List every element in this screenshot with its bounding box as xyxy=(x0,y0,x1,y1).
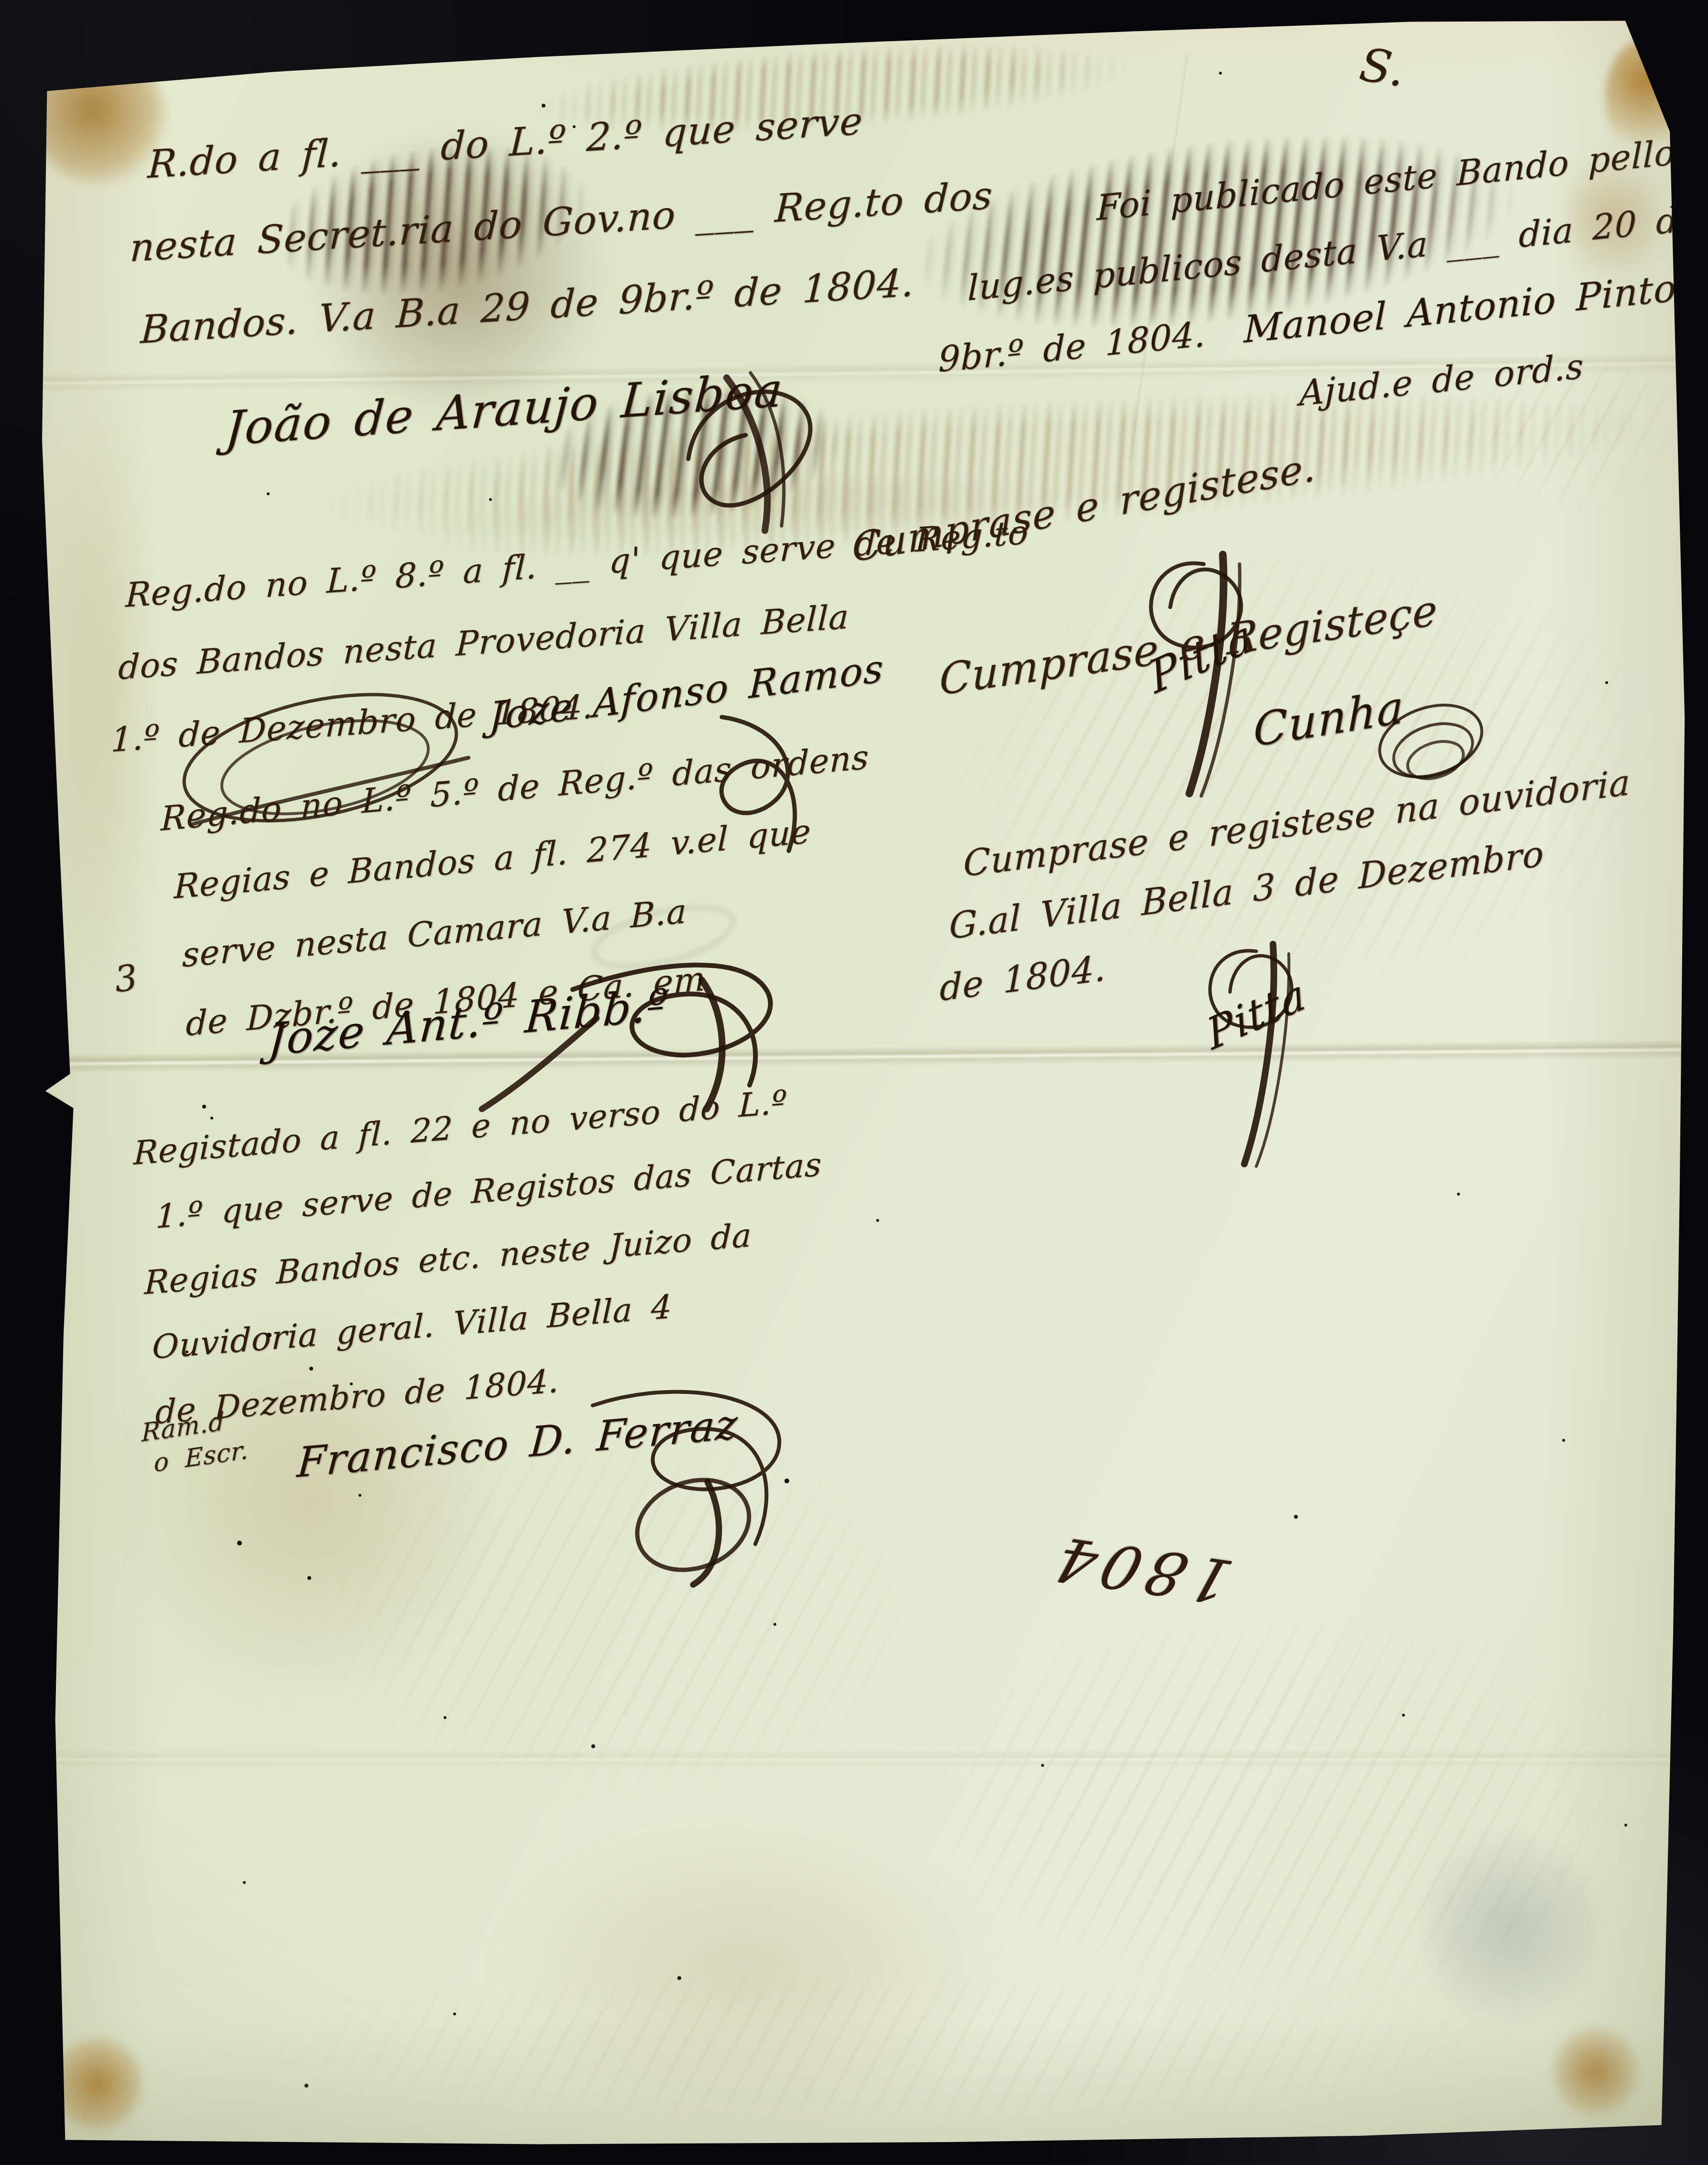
stain-bottom-center xyxy=(496,1821,998,2118)
photograph-of-manuscript: { "palette": { "background": "#08080b", … xyxy=(0,0,1708,2165)
stain-bottom-left xyxy=(52,2036,142,2132)
signature-joao-de-araujo-lisboa: João de Araujo Lisboa xyxy=(223,363,785,457)
signature-cunha: Cunha xyxy=(1253,681,1404,757)
note-registration-provedoria: Reg.do no L.º 8.º a fl. __ q' que serve … xyxy=(119,496,1030,775)
note-publication: Foi publicado este Bando pellos lug.es p… xyxy=(937,116,1700,462)
showthrough-bottom-edge xyxy=(185,1950,1572,2142)
series-mark: S. xyxy=(1356,37,1409,97)
document-paper: S. R.do a fl. ___ do L.º 2.º que serve n… xyxy=(42,14,1691,2146)
stain-top-left xyxy=(33,48,166,186)
margin-mark: 3 xyxy=(113,957,140,1001)
stain-grey-blob xyxy=(1424,1826,1596,2027)
stain-bottom-right xyxy=(1553,2027,1639,2118)
note-registration-ouvidoria: Registado a fl. 22 e no verso do L.º 1.º… xyxy=(107,1067,824,1449)
signature-text: Cunha xyxy=(1253,681,1404,757)
signature-text: João de Araujo Lisboa xyxy=(223,363,785,457)
showthrough-bottom-right xyxy=(879,1568,1667,2046)
inverted-year: 1804 xyxy=(1041,1523,1241,1616)
inverted-year-text: 1804 xyxy=(1041,1523,1241,1616)
publication-date: 9br.º de 1804. xyxy=(938,314,1206,380)
series-mark-text: S. xyxy=(1356,37,1409,97)
ink-specks xyxy=(42,14,45,17)
margin-mark-text: 3 xyxy=(113,957,140,1001)
note-registration-secretaria: R.do a fl. ___ do L.º 2.º que serve nest… xyxy=(139,72,998,371)
fold-crease-lower xyxy=(42,1750,1691,1769)
